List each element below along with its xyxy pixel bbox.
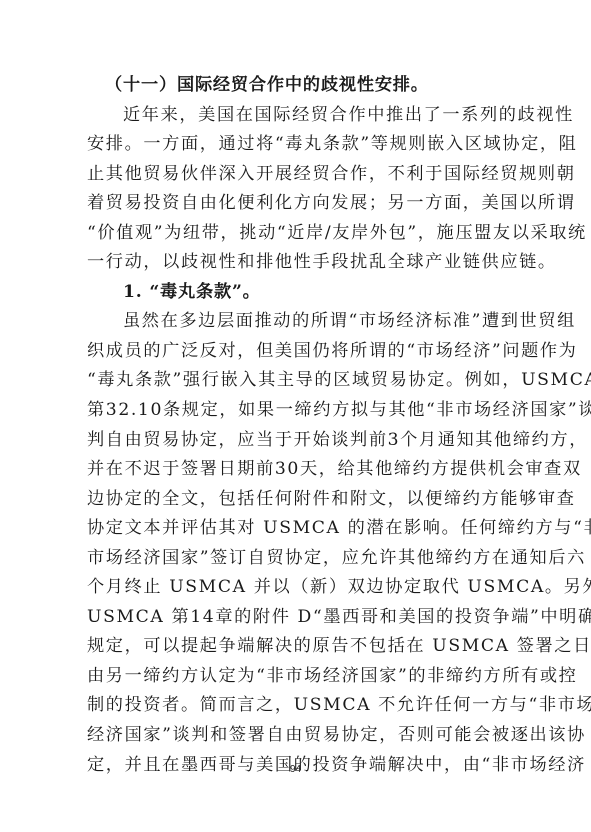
page-number: 94 xyxy=(0,764,591,775)
text-line: 织成员的广泛反对，但美国仍将所谓的“市场经济”问题作为 xyxy=(87,337,502,367)
text-line: 一行动，以歧视性和排他性手段扰乱全球产业链供应链。 xyxy=(87,248,502,278)
document-page: （十一）国际经贸合作中的歧视性安排。 近年来，美国在国际经贸合作中推出了一系列的… xyxy=(0,0,591,832)
text-line: 虽然在多边层面推动的所谓“市场经济标准”遭到世贸组 xyxy=(87,307,502,337)
text-line: USMCA 第14章的附件 D“墨西哥和美国的投资争端”中明确 xyxy=(87,603,502,633)
text-line: 个月终止 USMCA 并以（新）双边协定取代 USMCA。另外， xyxy=(87,573,502,603)
text-line: 判自由贸易协定，应当于开始谈判前3个月通知其他缔约方， xyxy=(87,426,502,456)
text-line: 制的投资者。简而言之，USMCA 不允许任何一方与“非市场 xyxy=(87,691,502,721)
paragraph-1: 近年来，美国在国际经贸合作中推出了一系列的歧视性 安排。一方面，通过将“毒丸条款… xyxy=(87,101,502,278)
text-line: 协定文本并评估其对 USMCA 的潜在影响。任何缔约方与“非 xyxy=(87,514,502,544)
paragraph-2: 虽然在多边层面推动的所谓“市场经济标准”遭到世贸组 织成员的广泛反对，但美国仍将… xyxy=(87,307,502,780)
text-line: 近年来，美国在国际经贸合作中推出了一系列的歧视性 xyxy=(87,101,502,131)
text-line: 止其他贸易伙伴深入开展经贸合作，不利于国际经贸规则朝 xyxy=(87,160,502,190)
text-line: 并在不迟于签署日期前30天，给其他缔约方提供机会审查双 xyxy=(87,455,502,485)
section-heading: （十一）国际经贸合作中的歧视性安排。 xyxy=(87,71,502,101)
text-line: 安排。一方面，通过将“毒丸条款”等规则嵌入区域协定，阻 xyxy=(87,130,502,160)
subheading: 1. “毒丸条款”。 xyxy=(87,278,502,308)
text-line: “价值观”为纽带，挑动“近岸/友岸外包”，施压盟友以采取统 xyxy=(87,219,502,249)
text-line: 着贸易投资自由化便利化方向发展；另一方面，美国以所谓 xyxy=(87,189,502,219)
text-line: 由另一缔约方认定为“非市场经济国家”的非缔约方所有或控 xyxy=(87,662,502,692)
text-line: 第32.10条规定，如果一缔约方拟与其他“非市场经济国家”谈 xyxy=(87,396,502,426)
text-line: 经济国家”谈判和签署自由贸易协定，否则可能会被逐出该协 xyxy=(87,721,502,751)
text-line: 市场经济国家”签订自贸协定，应允许其他缔约方在通知后六 xyxy=(87,544,502,574)
page-content: （十一）国际经贸合作中的歧视性安排。 近年来，美国在国际经贸合作中推出了一系列的… xyxy=(87,71,502,780)
text-line: “毒丸条款”强行嵌入其主导的区域贸易协定。例如，USMCA xyxy=(87,366,502,396)
text-line: 边协定的全文，包括任何附件和附文，以便缔约方能够审查 xyxy=(87,485,502,515)
text-line: 规定，可以提起争端解决的原告不包括在 USMCA 签署之日 xyxy=(87,632,502,662)
